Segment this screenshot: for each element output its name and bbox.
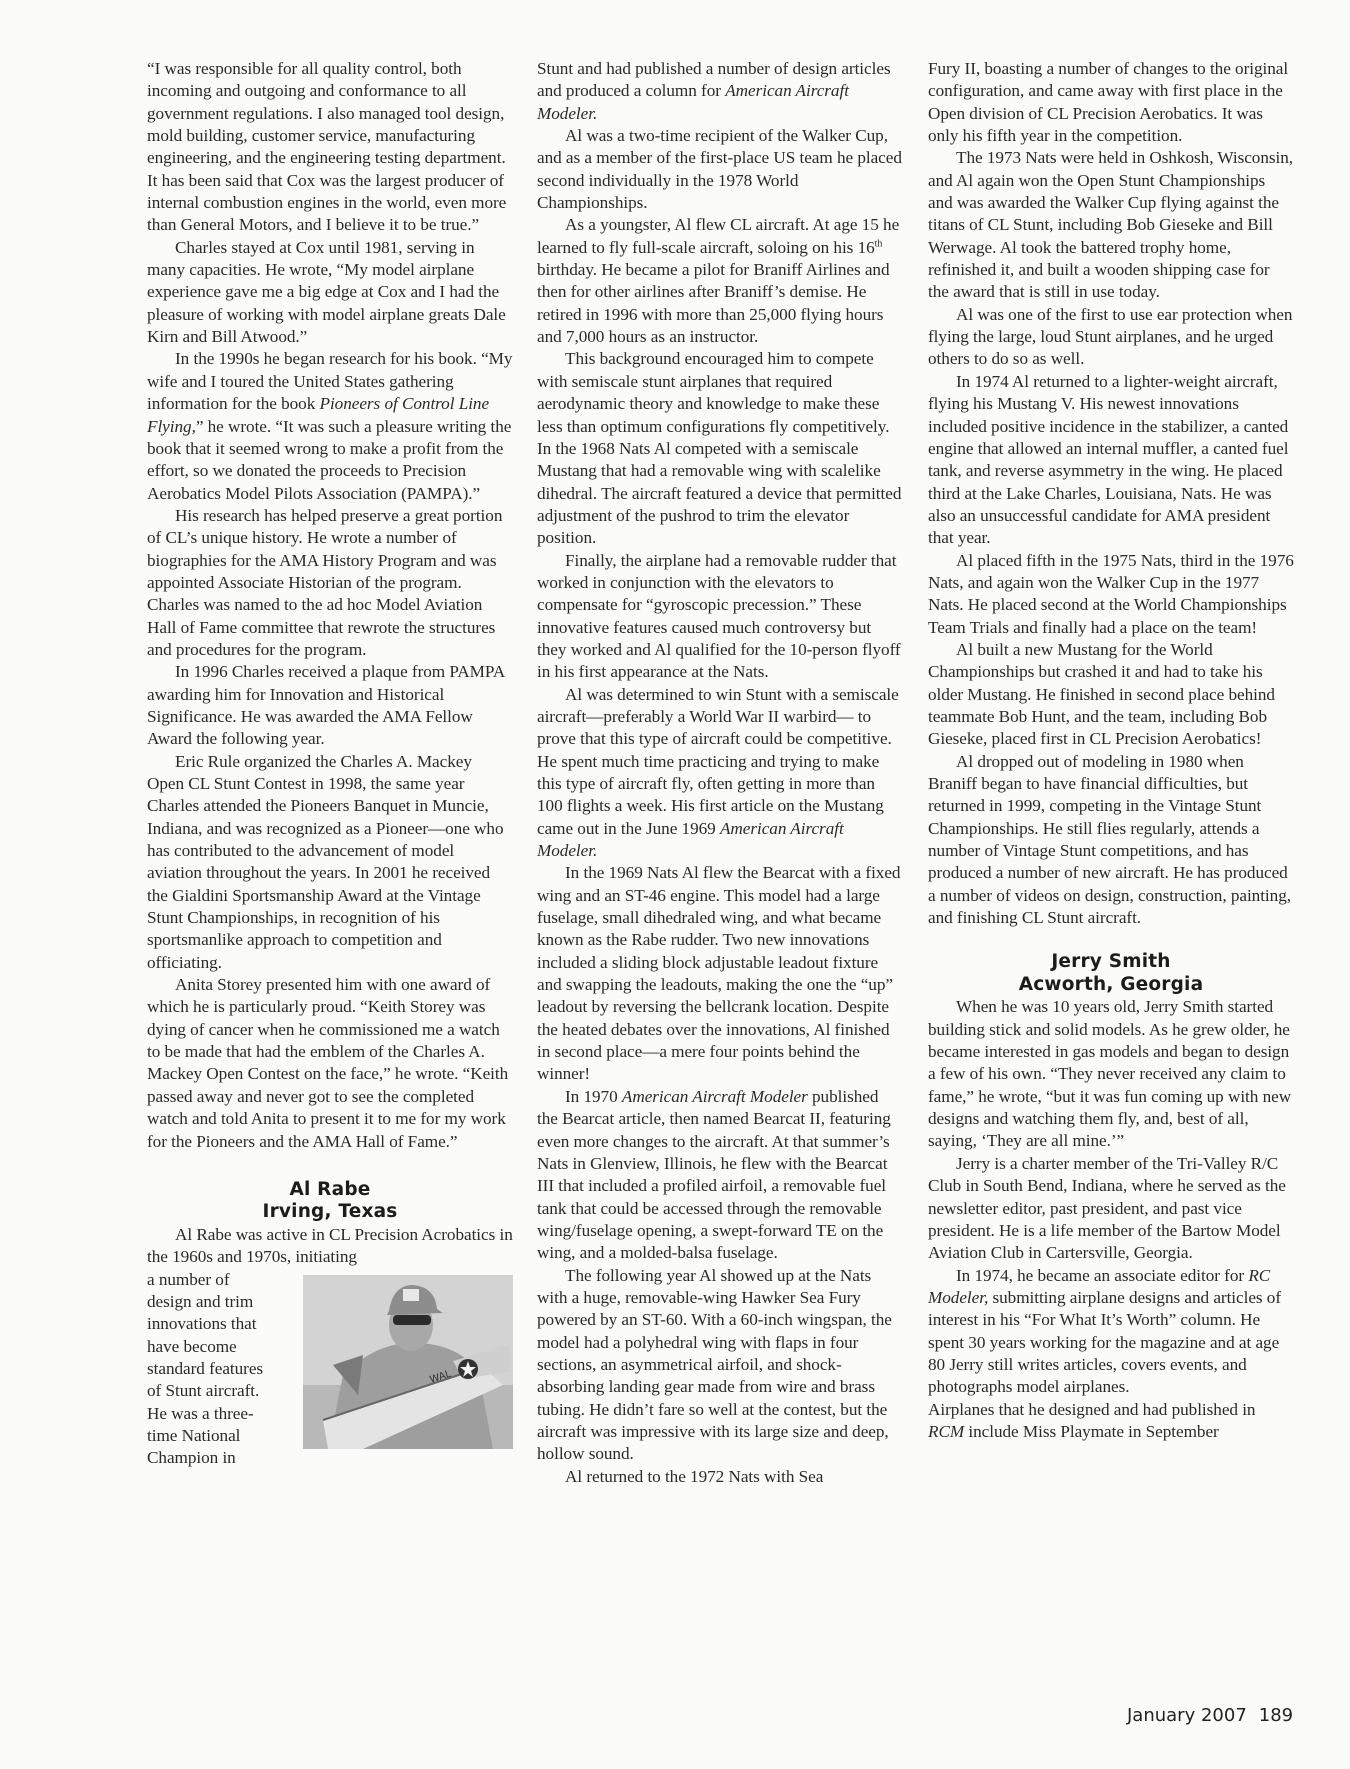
section-heading-al-rabe: Al Rabe Irving, Texas	[147, 1179, 513, 1224]
paragraph: “I was responsible for all quality contr…	[147, 58, 513, 237]
photo-illustration: WAL	[303, 1275, 513, 1449]
photo-wrap-area: WAL a number of design and trim innovati…	[147, 1269, 513, 1470]
paragraph: In the 1990s he began research for his b…	[147, 348, 513, 504]
paragraph: Al placed fifth in the 1975 Nats, third …	[928, 550, 1294, 639]
paragraph: Jerry is a charter member of the Tri-Val…	[928, 1153, 1294, 1265]
paragraph: The following year Al showed up at the N…	[537, 1265, 903, 1466]
paragraph: Al Rabe was active in CL Precision Acrob…	[147, 1224, 513, 1269]
page-number: 189	[1259, 1705, 1293, 1726]
wrapped-text-line: Champion in	[147, 1447, 513, 1469]
paragraph: Stunt and had published a number of desi…	[537, 58, 903, 125]
page-folio: January 2007189	[1127, 1705, 1293, 1726]
honoree-location: Acworth, Georgia	[928, 974, 1294, 997]
honoree-location: Irving, Texas	[147, 1201, 513, 1224]
issue-date: January 2007	[1127, 1705, 1247, 1726]
paragraph: In the 1969 Nats Al flew the Bearcat wit…	[537, 862, 903, 1085]
paragraph: Eric Rule organized the Charles A. Macke…	[147, 751, 513, 974]
paragraph: Fury II, boasting a number of changes to…	[928, 58, 1294, 147]
paragraph: In 1974 Al returned to a lighter-weight …	[928, 371, 1294, 550]
magazine-title: RCM	[928, 1422, 964, 1441]
middle-column: Stunt and had published a number of desi…	[537, 58, 903, 1488]
paragraph: In 1974, he became an associate editor f…	[928, 1265, 1294, 1399]
right-column: Fury II, boasting a number of changes to…	[928, 58, 1294, 1443]
paragraph: This background encouraged him to compet…	[537, 348, 903, 549]
paragraph: Al was a two-time recipient of the Walke…	[537, 125, 903, 214]
paragraph: Finally, the airplane had a removable ru…	[537, 550, 903, 684]
paragraph: Anita Storey presented him with one awar…	[147, 974, 513, 1153]
left-column: “I was responsible for all quality contr…	[147, 58, 513, 1470]
paragraph: The 1973 Nats were held in Oshkosh, Wisc…	[928, 147, 1294, 303]
honoree-name: Jerry Smith	[928, 951, 1294, 974]
paragraph: In 1970 American Aircraft Modeler publis…	[537, 1086, 903, 1265]
paragraph: Al built a new Mustang for the World Cha…	[928, 639, 1294, 751]
paragraph: Al was determined to win Stunt with a se…	[537, 684, 903, 863]
magazine-title: American Aircraft Modeler	[622, 1087, 808, 1106]
paragraph: His research has helped preserve a great…	[147, 505, 513, 661]
paragraph: Charles stayed at Cox until 1981, servin…	[147, 237, 513, 349]
paragraph: Al returned to the 1972 Nats with Sea	[537, 1466, 903, 1488]
honoree-name: Al Rabe	[147, 1179, 513, 1202]
section-heading-jerry-smith: Jerry Smith Acworth, Georgia	[928, 951, 1294, 996]
paragraph: Al dropped out of modeling in 1980 when …	[928, 751, 1294, 930]
paragraph: Al was one of the first to use ear prote…	[928, 304, 1294, 371]
paragraph: Airplanes that he designed and had publi…	[928, 1399, 1294, 1444]
al-rabe-photo: WAL	[303, 1275, 513, 1449]
paragraph: When he was 10 years old, Jerry Smith st…	[928, 996, 1294, 1152]
paragraph: As a youngster, Al flew CL aircraft. At …	[537, 214, 903, 348]
paragraph: In 1996 Charles received a plaque from P…	[147, 661, 513, 750]
